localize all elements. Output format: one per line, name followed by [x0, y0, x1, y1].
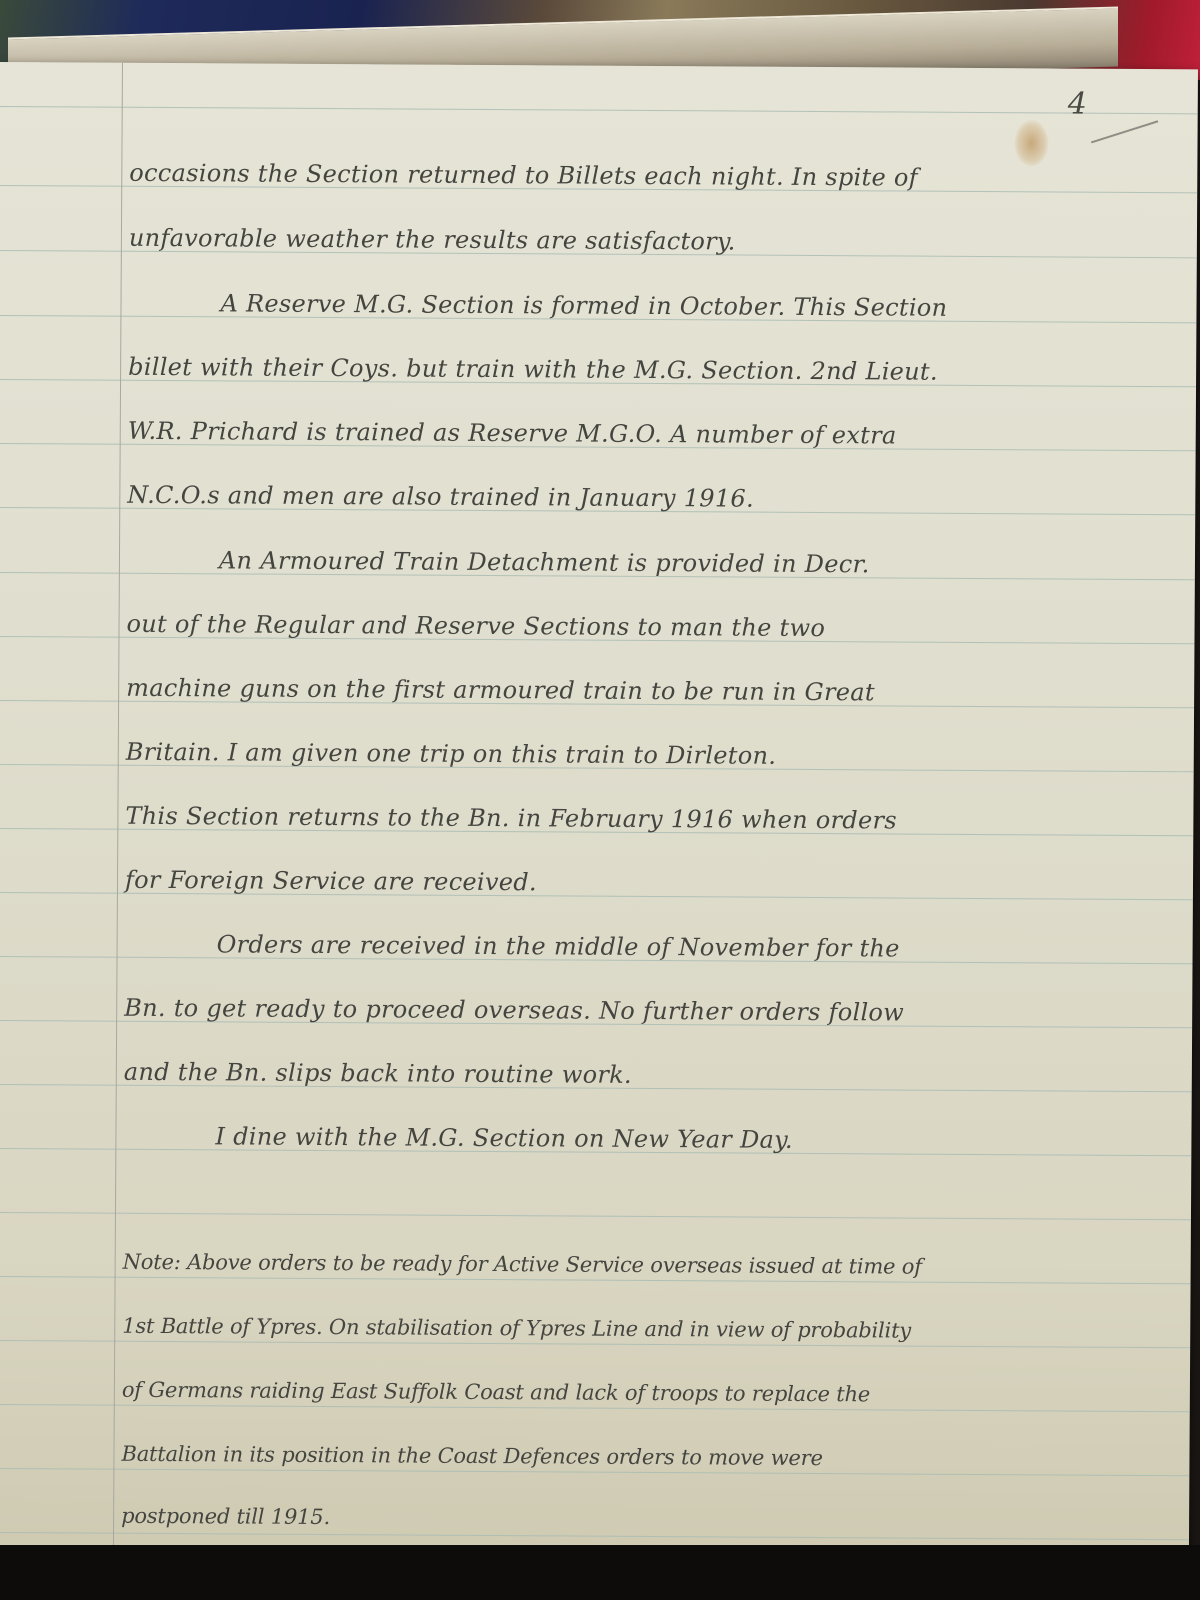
text-line: Britain. I am given one trip on this tra…	[126, 738, 777, 770]
text-line: N.C.O.s and men are also trained in Janu…	[127, 481, 754, 513]
text-line: and the Bn. slips back into routine work…	[124, 1058, 632, 1089]
ruled-line	[0, 1212, 1191, 1220]
ruled-line	[0, 1468, 1189, 1476]
text-line: billet with their Coys. but train with t…	[128, 353, 938, 386]
background-table	[0, 1545, 1200, 1600]
text-line: out of the Regular and Reserve Sections …	[126, 610, 825, 642]
notebook-page: 4 occasions the Section returned to Bill…	[0, 62, 1198, 1557]
text-line: W.R. Prichard is trained as Reserve M.G.…	[128, 417, 897, 450]
ruled-line	[0, 1276, 1191, 1284]
ruled-line	[0, 106, 1198, 114]
note-line: of Germans raiding East Suffolk Coast an…	[122, 1378, 870, 1407]
text-line: Orders are received in the middle of Nov…	[217, 930, 900, 962]
text-line: Bn. to get ready to proceed overseas. No…	[124, 994, 904, 1027]
ruled-line	[0, 1340, 1190, 1348]
text-line: This Section returns to the Bn. in Febru…	[125, 802, 897, 835]
note-line: Note: Above orders to be ready for Activ…	[123, 1250, 922, 1279]
ruled-line	[0, 1404, 1190, 1412]
text-line: machine guns on the first armoured train…	[126, 674, 875, 707]
note-line: 1st Battle of Ypres. On stabilisation of…	[122, 1314, 911, 1343]
note-line: Battalion in its position in the Coast D…	[121, 1442, 822, 1470]
ruled-line	[0, 1532, 1189, 1540]
text-line: occasions the Section returned to Billet…	[129, 159, 918, 192]
text-line: unfavorable weather the results are sati…	[129, 224, 736, 256]
page-number-underline	[1091, 120, 1158, 143]
text-line: for Foreign Service are received.	[125, 866, 537, 897]
text-line: A Reserve M.G. Section is formed in Octo…	[220, 289, 947, 321]
text-line: I dine with the M.G. Section on New Year…	[215, 1122, 793, 1154]
note-line: postponed till 1915.	[121, 1504, 330, 1529]
page-number: 4	[1068, 87, 1087, 122]
text-line: An Armoured Train Detachment is provided…	[219, 546, 870, 578]
paper-stain	[1014, 120, 1048, 166]
